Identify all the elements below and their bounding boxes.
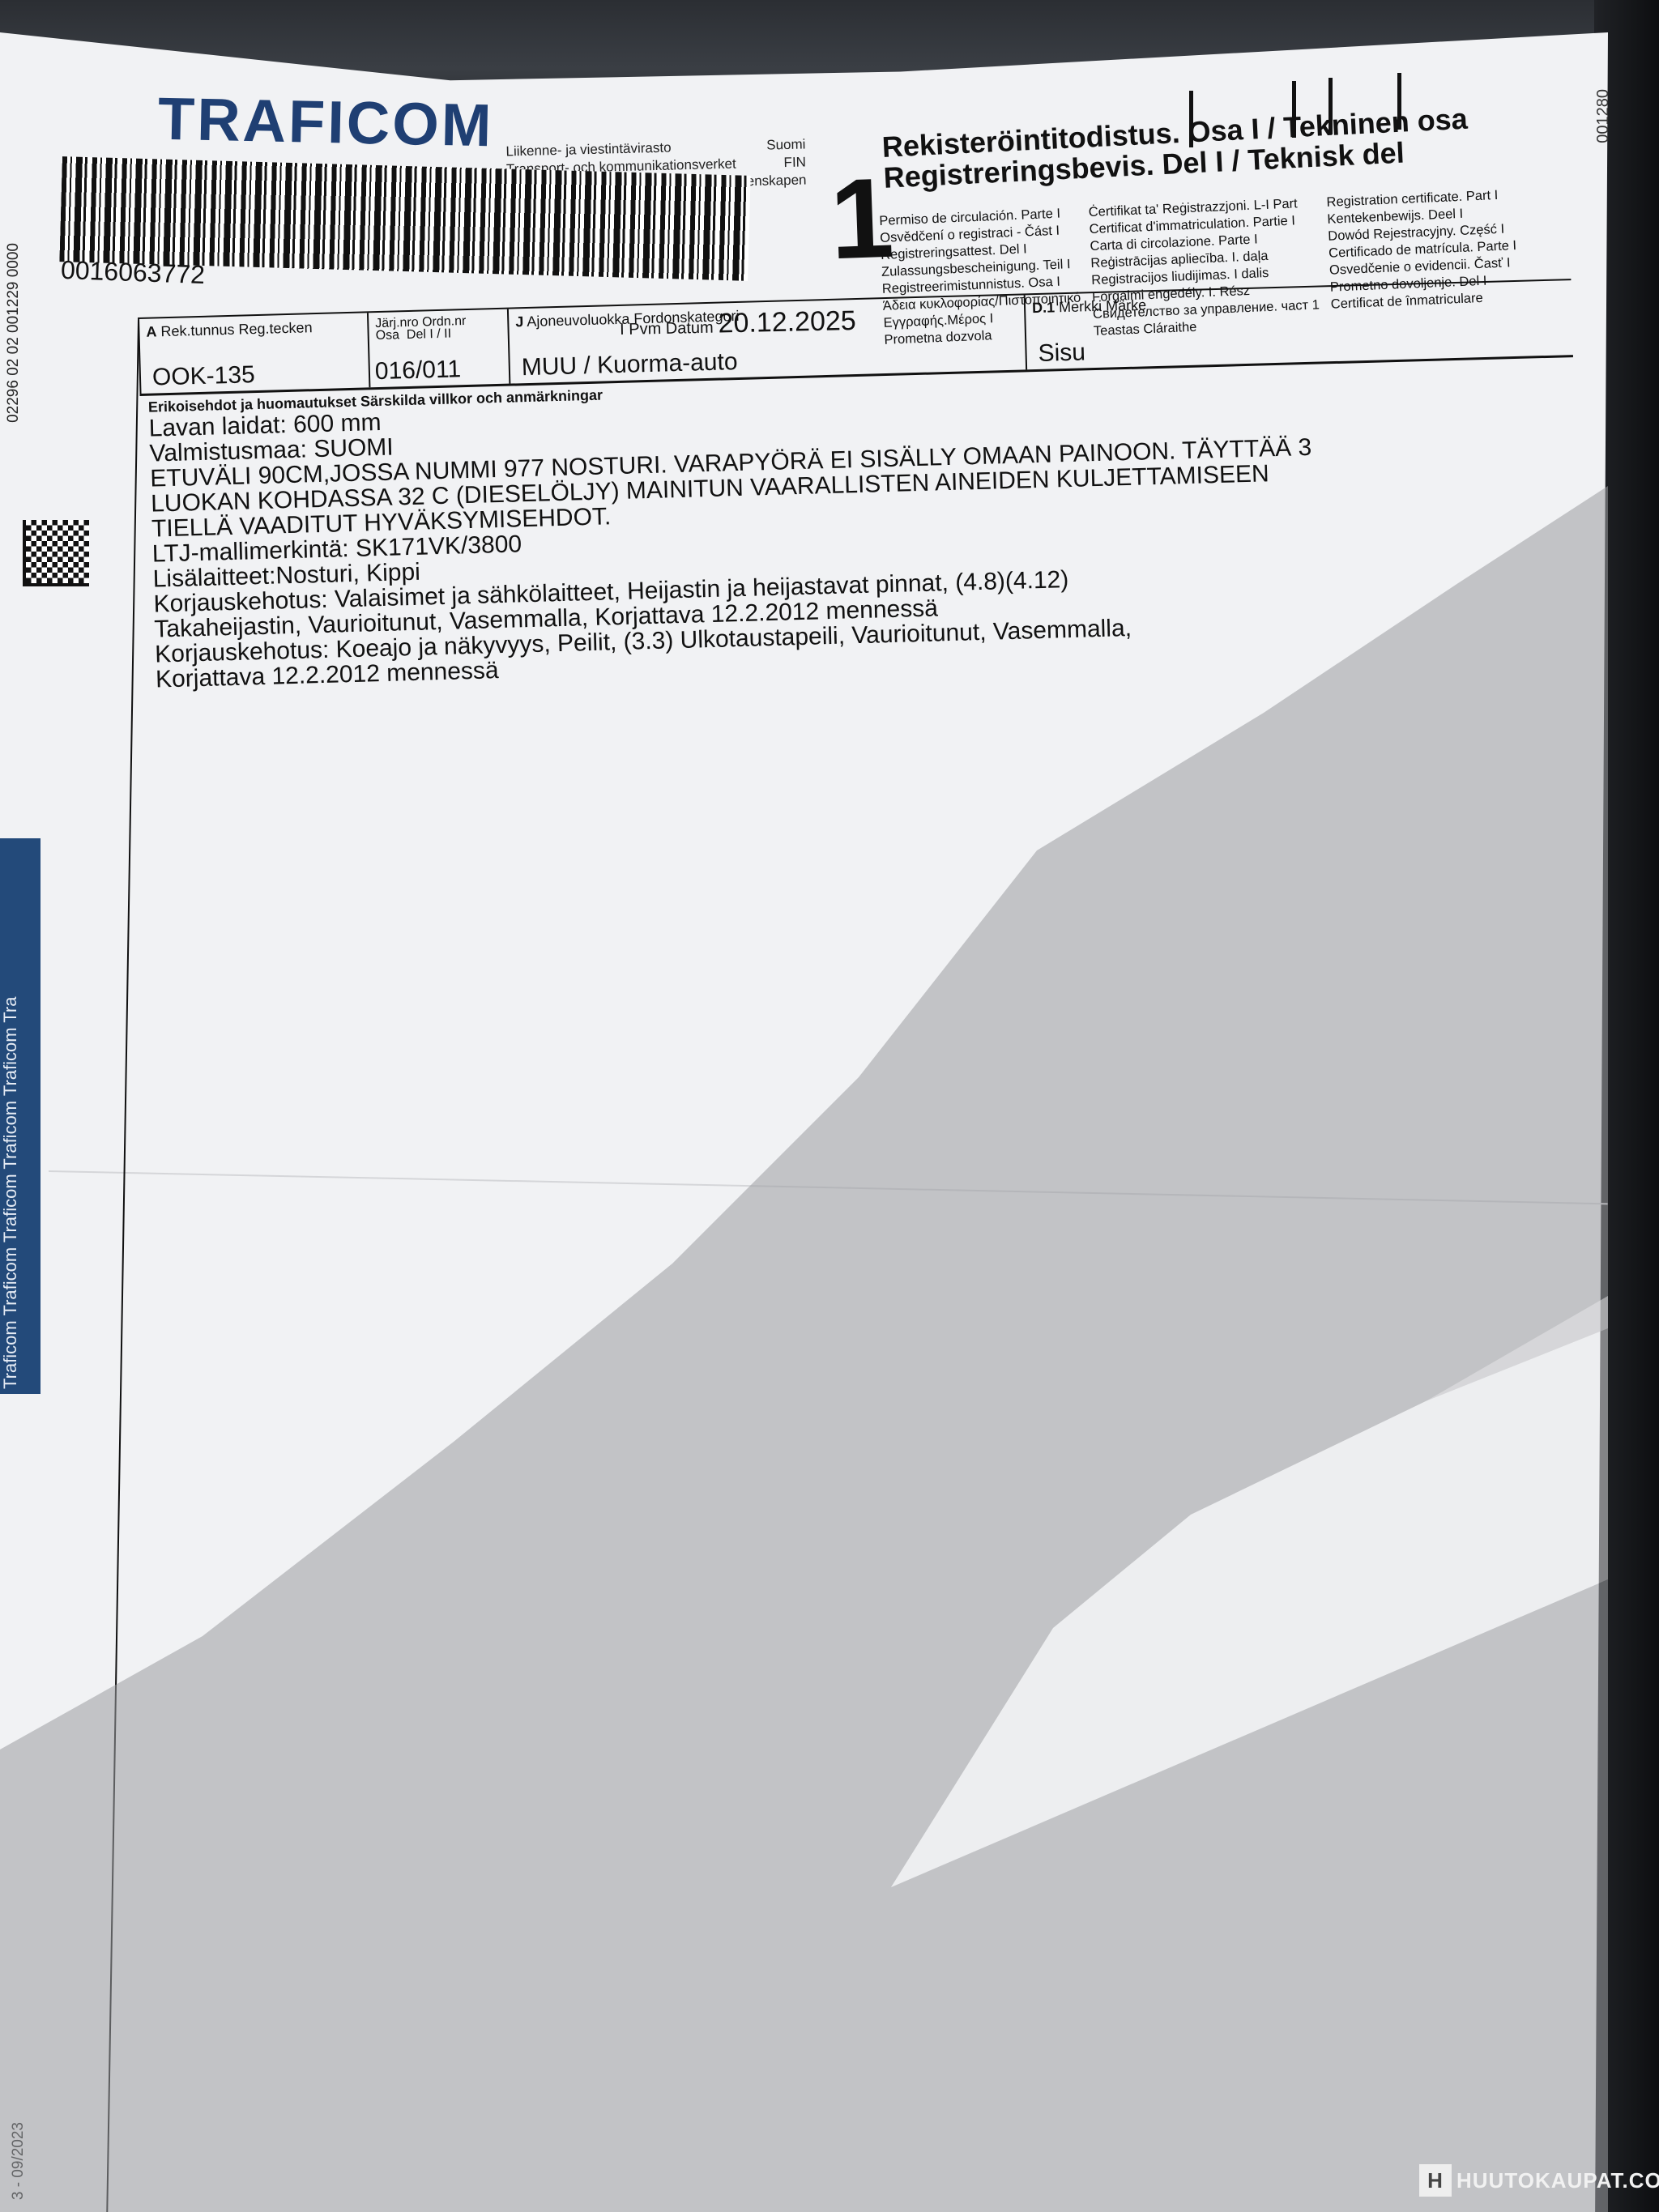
- country-fi: Suomi: [766, 135, 806, 154]
- form-version-code: 3 - 09/2023: [10, 2122, 28, 2200]
- make-value: Sisu: [1038, 339, 1085, 368]
- registration-number: OOK-135: [152, 361, 256, 391]
- field-code: A: [146, 323, 157, 339]
- traficom-logo: TRAFICOM: [157, 84, 494, 160]
- field-label: Merkki Märke: [1059, 296, 1147, 315]
- field-make: D.1 Merkki Märke Sisu: [1026, 280, 1573, 369]
- field-label: Järj.nro Ordn.nr Osa Del I / II: [375, 314, 501, 342]
- serial-number: 001280: [1594, 89, 1613, 143]
- h-cube-icon: H: [1419, 2164, 1452, 2197]
- vehicle-category-value: MUU / Kuorma-auto: [521, 348, 738, 381]
- certificate-form: A Rek.tunnus Reg.tecken OOK-135 Järj.nro…: [138, 279, 1581, 693]
- datamatrix-code: [23, 520, 89, 586]
- field-label: Rek.tunnus Reg.tecken: [160, 319, 313, 339]
- field-label: Ajoneuvoluokka Fordonskategori: [527, 308, 740, 330]
- country-code: FIN: [783, 153, 806, 172]
- field-order-number: Järj.nro Ordn.nr Osa Del I / II 016/011: [369, 309, 510, 388]
- side-print-code: 02296 02 02 001229 0000: [5, 243, 23, 423]
- field-code: D.1: [1032, 299, 1056, 316]
- remarks-text: Lavan laidat: 600 mm Valmistusmaa: SUOMI…: [140, 377, 1581, 693]
- field-vehicle-category: J Ajoneuvoluokka Fordonskategori MUU / K…: [509, 295, 1027, 383]
- huutokaupat-watermark: H HUUTOKAUPAT.COM: [1419, 2164, 1659, 2197]
- watermark-text: HUUTOKAUPAT.COM: [1456, 2168, 1659, 2193]
- field-registration: A Rek.tunnus Reg.tecken OOK-135: [139, 313, 370, 394]
- barcode-number: 0016063772: [60, 255, 205, 290]
- order-number-value: 016/011: [374, 356, 461, 386]
- traficom-margin-strip: Traficom Traficom Traficom Traficom Traf…: [0, 838, 41, 1394]
- field-code: J: [515, 313, 524, 330]
